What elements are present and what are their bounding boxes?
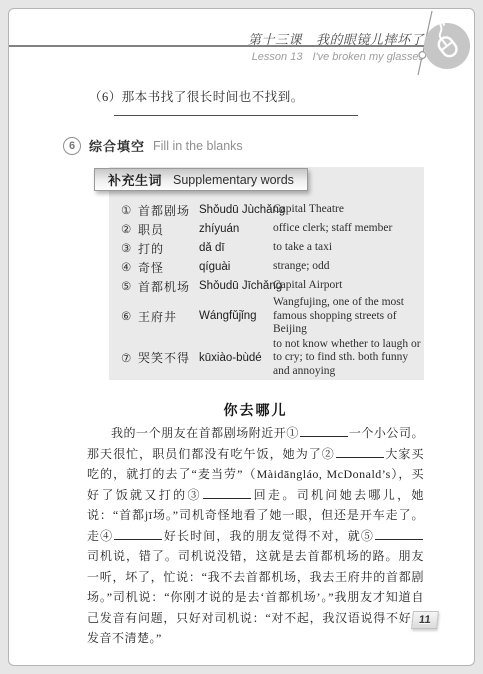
answer-line: [114, 115, 358, 116]
vocab-pinyin: kūxiào-bùdé: [199, 352, 273, 364]
exercise-item-text: 那本书找了很长时间也不找到。: [122, 90, 304, 104]
section-title-en: Fill in the blanks: [153, 139, 243, 153]
vocab-row: ⑤首都机场Shǒudū JīchǎngCapital Airport: [121, 277, 421, 295]
vocab-number: ⑥: [121, 309, 138, 323]
blank-line: [336, 446, 384, 458]
passage-text: 我的一个朋友在首都剧场附近开: [111, 426, 286, 440]
section-title-cn: 综合填空: [89, 136, 145, 155]
vocab-pinyin: dǎ dī: [199, 242, 273, 254]
passage-title: 你去哪儿: [87, 400, 424, 420]
vocab-row: ⑥王府井WángfǔjǐngWangfujing, one of the mos…: [121, 296, 421, 337]
header-rule: [9, 45, 426, 47]
supplementary-tab: 补充生词 Supplementary words: [94, 168, 308, 191]
vocab-english: to take a taxi: [273, 241, 421, 255]
vocab-pinyin: Wángfǔjǐng: [199, 310, 273, 322]
vocab-hanzi: 打的: [138, 240, 199, 257]
blank-number: ②: [322, 447, 335, 461]
header-lesson-label-en: Lesson 13: [252, 51, 303, 63]
section-header: 6 综合填空 Fill in the blanks: [63, 136, 243, 155]
vocab-number: ③: [121, 241, 138, 255]
blank-line: [375, 528, 423, 540]
passage-text: 好长时间，我的朋友觉得不对，就: [163, 529, 361, 543]
blank-line: [203, 487, 251, 499]
vocab-english: strange; odd: [273, 260, 421, 274]
vocab-english: Capital Theatre: [273, 203, 421, 217]
vocab-english: office clerk; staff member: [273, 222, 421, 236]
vocab-row: ③打的dǎ dīto take a taxi: [121, 239, 421, 257]
fill-blank-3: ③: [187, 488, 251, 502]
supplementary-tab-label-en: Supplementary words: [173, 173, 294, 187]
corner-decoration: [394, 9, 474, 93]
passage-text: 司机说，错了。司机说没错，这就是去首都机场的路。朋友一听，坏了，忙说：“我不去首…: [87, 549, 424, 645]
vocab-hanzi: 奇怪: [138, 259, 199, 276]
supplementary-tab-label-cn: 补充生词: [108, 170, 162, 189]
vocab-number: ④: [121, 260, 138, 274]
fill-blank-5: ⑤: [361, 529, 424, 543]
vocab-number: ①: [121, 203, 138, 217]
vocab-number: ⑤: [121, 279, 138, 293]
blank-number: ④: [100, 529, 113, 543]
blank-number: ⑤: [361, 529, 374, 543]
blank-number: ①: [286, 426, 299, 440]
vocab-pinyin: zhíyuán: [199, 223, 273, 235]
fill-blank-2: ②: [322, 447, 385, 461]
vocab-pinyin: Shǒudū Jùchǎng: [199, 204, 273, 216]
blank-line: [300, 425, 348, 437]
vocab-hanzi: 首都机场: [138, 278, 199, 295]
exercise-item-number: （6）: [89, 90, 122, 104]
vocab-english: Wangfujing, one of the most famous shopp…: [273, 296, 421, 337]
fill-blank-1: ①: [286, 426, 349, 440]
vocab-row: ⑦哭笑不得kūxiào-bùdéto not know whether to l…: [121, 338, 421, 379]
vocab-hanzi: 职员: [138, 221, 199, 238]
exercise-item: （6）那本书找了很长时间也不找到。: [89, 87, 304, 105]
vocab-row: ④奇怪qíguàistrange; odd: [121, 258, 421, 276]
vocab-english: to not know whether to laugh or to cry; …: [273, 338, 421, 379]
textbook-page: 第十三课我的眼镜儿摔坏了 Lesson 13I've broken my gla…: [8, 8, 475, 666]
vocab-number: ⑦: [121, 351, 138, 365]
vocab-row: ②职员zhíyuánoffice clerk; staff member: [121, 220, 421, 238]
page-number-tab: 11: [411, 611, 439, 629]
diagonal-line-node: [419, 52, 426, 59]
vocab-list: ①首都剧场Shǒudū JùchǎngCapital Theatre②职员zhí…: [121, 201, 421, 379]
fill-blank-4: ④: [100, 529, 163, 543]
mouse-icon: [424, 21, 470, 69]
section-number-badge: 6: [63, 137, 81, 155]
page-number: 11: [419, 614, 432, 626]
vocab-row: ①首都剧场Shǒudū JùchǎngCapital Theatre: [121, 201, 421, 219]
vocab-pinyin: Shǒudū Jīchǎng: [199, 280, 273, 292]
vocab-number: ②: [121, 222, 138, 236]
vocab-english: Capital Airport: [273, 279, 421, 293]
blank-number: ③: [187, 488, 201, 502]
passage-paragraph: 我的一个朋友在首都剧场附近开①一个小公司。那天很忙，职员们都没有吃午饭，她为了②…: [87, 423, 424, 649]
screenshot-root: { "header": { "lesson_no_cn": "第十三课", "t…: [0, 0, 483, 674]
vocab-hanzi: 首都剧场: [138, 202, 199, 219]
vocab-hanzi: 哭笑不得: [138, 349, 199, 366]
vocab-pinyin: qíguài: [199, 261, 273, 273]
blank-line: [114, 528, 162, 540]
vocab-hanzi: 王府井: [138, 308, 199, 325]
